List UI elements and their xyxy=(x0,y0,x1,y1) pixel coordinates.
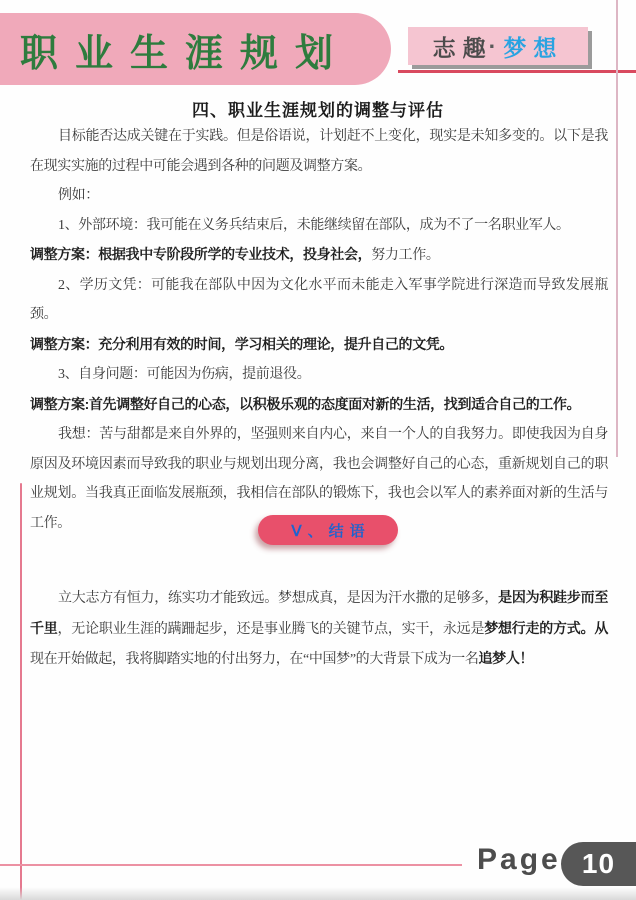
document-page: 职业生涯规划 志趣 · 梦想 四、职业生涯规划的调整与评估 目标能否达成关键在于… xyxy=(0,0,636,900)
bottom-horizontal-rule xyxy=(0,864,462,866)
conclusion-paragraph: 立大志方有恒力，练实功才能致远。梦想成真，是因为汗水撒的足够多，是因为积跬步而至… xyxy=(30,583,608,675)
emphasized-text: 调整方案:首先调整好自己的心态，以积极乐观的态度面对新的生活，找到适合自己的工作… xyxy=(30,396,580,412)
page-number: 10 xyxy=(582,848,615,880)
right-vertical-rule xyxy=(616,0,618,457)
conclusion-heading-pill: Ⅴ、结语 xyxy=(258,515,398,545)
paragraph: 1、外部环境：我可能在义务兵结束后，未能继续留在部队，成为不了一名职业军人。 xyxy=(30,211,608,241)
body-text-run: 1、外部环境：我可能在义务兵结束后，未能继续留在部队，成为不了一名职业军人。 xyxy=(58,218,570,233)
conclusion-heading-label: Ⅴ、结语 xyxy=(285,520,370,541)
badge-text-right: 梦想 xyxy=(503,30,563,63)
body-text: 目标能否达成关键在于实践。但是俗语说，计划赶不上变化，现实是未知多变的。以下是我… xyxy=(30,122,608,538)
page-number-pill: 10 xyxy=(561,842,636,886)
body-text-run: 例如： xyxy=(58,188,99,203)
paragraph: 目标能否达成关键在于实践。但是俗语说，计划赶不上变化，现实是未知多变的。以下是我… xyxy=(30,122,608,181)
body-text-run: 2、学历文凭：可能我在部队中因为文化水平而未能走入军事学院进行深造而导致发展瓶颈… xyxy=(30,278,608,323)
body-text-run: 目标能否达成关键在于实践。但是俗语说，计划赶不上变化，现实是未知多变的。以下是我… xyxy=(30,129,608,174)
body-text-run: 努力工作。 xyxy=(371,248,439,263)
page-label: Page xyxy=(477,843,561,877)
body-text-run: ，无论职业生涯的蹒跚起步，还是事业腾飞的关键节点，实干，永远是 xyxy=(58,622,485,637)
emphasized-text: 调整方案：充分利用有效的时间，学习相关的理论，提升自己的文凭。 xyxy=(30,336,453,352)
paragraph: 调整方案:首先调整好自己的心态，以积极乐观的态度面对新的生活，找到适合自己的工作… xyxy=(30,390,608,421)
section-title: 四、职业生涯规划的调整与评估 xyxy=(0,96,636,121)
body-text-run: 3、自身问题：可能因为伤病，提前退役。 xyxy=(58,367,310,382)
emphasized-text: 梦想行走的方式。从 xyxy=(484,620,608,636)
document-title: 职业生涯规划 xyxy=(0,22,350,77)
header-banner: 职业生涯规划 xyxy=(0,13,391,85)
paragraph: 3、自身问题：可能因为伤病，提前退役。 xyxy=(30,360,608,390)
emphasized-text: 调整方案：根据我中专阶段所学的专业技术，投身社会， xyxy=(30,246,371,262)
emphasized-text: 追梦人！ xyxy=(479,650,534,666)
header-badge: 志趣 · 梦想 xyxy=(408,27,588,65)
paragraph: 立大志方有恒力，练实功才能致远。梦想成真，是因为汗水撒的足够多，是因为积跬步而至… xyxy=(30,583,608,675)
paragraph: 调整方案：充分利用有效的时间，学习相关的理论，提升自己的文凭。 xyxy=(30,330,608,361)
body-text-run: 立大志方有恒力，练实功才能致远。梦想成真，是因为汗水撒的足够多， xyxy=(58,591,498,606)
left-vertical-rule xyxy=(20,483,22,900)
paragraph: 2、学历文凭：可能我在部队中因为文化水平而未能走入军事学院进行深造而导致发展瓶颈… xyxy=(30,271,608,330)
paragraph: 例如： xyxy=(30,181,608,211)
header-rule-line xyxy=(398,70,636,73)
paragraph: 调整方案：根据我中专阶段所学的专业技术，投身社会，努力工作。 xyxy=(30,240,608,271)
page-bottom-shadow xyxy=(0,887,636,900)
badge-separator-dot: · xyxy=(489,33,497,60)
badge-text-left: 志趣 xyxy=(433,30,493,63)
body-text-run: 现在开始做起，我将脚踏实地的付出努力，在“中国梦”的大背景下成为一名 xyxy=(30,652,479,667)
